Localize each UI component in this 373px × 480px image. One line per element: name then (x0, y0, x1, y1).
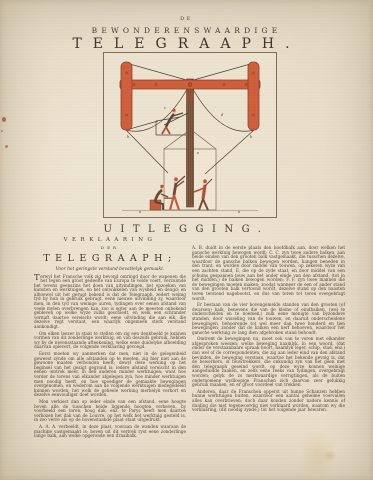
right-indicator-bar (248, 62, 259, 130)
left-paragraphs: Terwyl het Fransche volk zig bevond omri… (34, 275, 186, 439)
section-heading: UITLEGGING. (0, 224, 373, 235)
left-column-subheading: DER (34, 245, 186, 250)
left-column-motto: Voor het geringste verstand bevattelyk g… (34, 267, 186, 272)
body-paragraph: A. B. duidt in de eerste plaats den hoof… (192, 246, 345, 301)
crossbeam (120, 80, 260, 89)
red-paint-speck (2, 117, 6, 122)
body-paragraph: Anderen, daar de Franschen opperst uit h… (192, 390, 345, 413)
left-text-column: VERKLAARING DER TELEGRAAPH; Voor het ger… (34, 237, 186, 441)
label-b-left: b (127, 135, 130, 139)
body-paragraph: Men verkiest dan op ieder einde van een … (34, 400, 186, 423)
paper-stain (323, 450, 337, 461)
page-title: TELEGRAAPH. (0, 36, 373, 52)
label-c: c (164, 106, 166, 110)
red-paint-speck (1, 130, 3, 132)
print-page: DE BEWONDERENSWAARDIGE TELEGRAAPH. (0, 0, 373, 480)
operator-figure (162, 109, 183, 134)
telegraph-illustration: a a b b c d e (104, 53, 276, 217)
left-column-heading: VERKLAARING (34, 237, 186, 243)
body-paragraph: Eerst moeten wy aanmerken dat men, niet … (34, 352, 186, 398)
label-e: e (197, 151, 199, 155)
body-paragraph: Om elken leezer in staat te stellen om z… (34, 332, 186, 350)
label-a-left: a (139, 210, 141, 214)
body-paragraph: Terwyl het Fransche volk zig bevond omri… (34, 275, 186, 330)
red-paint-speck (5, 145, 8, 148)
label-a-right: a (238, 210, 240, 214)
body-paragraph: Er bestaan van de vier bovengemelde stan… (192, 303, 345, 335)
top-label: DE (0, 16, 373, 22)
left-indicator-bar (121, 62, 132, 130)
right-paragraphs: A. B. duidt in de eerste plaats den hoof… (192, 246, 345, 413)
mast (187, 79, 194, 207)
left-column-title: TELEGRAAPH; (34, 253, 186, 264)
body-paragraph: Omtrent de bewegingen nu, moet ook van t… (192, 337, 345, 388)
label-d: d (221, 113, 224, 117)
telegraph-engraving: a a b b c d e (103, 52, 277, 218)
right-text-column: A. B. duidt in de eerste plaats den hoof… (192, 243, 345, 415)
label-b-right: b (250, 135, 253, 139)
title-line-1: BEWONDERENSWAARDIGE (0, 26, 373, 35)
body-paragraph: A. A. A. verbeeldt, in deze plaat, voora… (34, 425, 186, 439)
